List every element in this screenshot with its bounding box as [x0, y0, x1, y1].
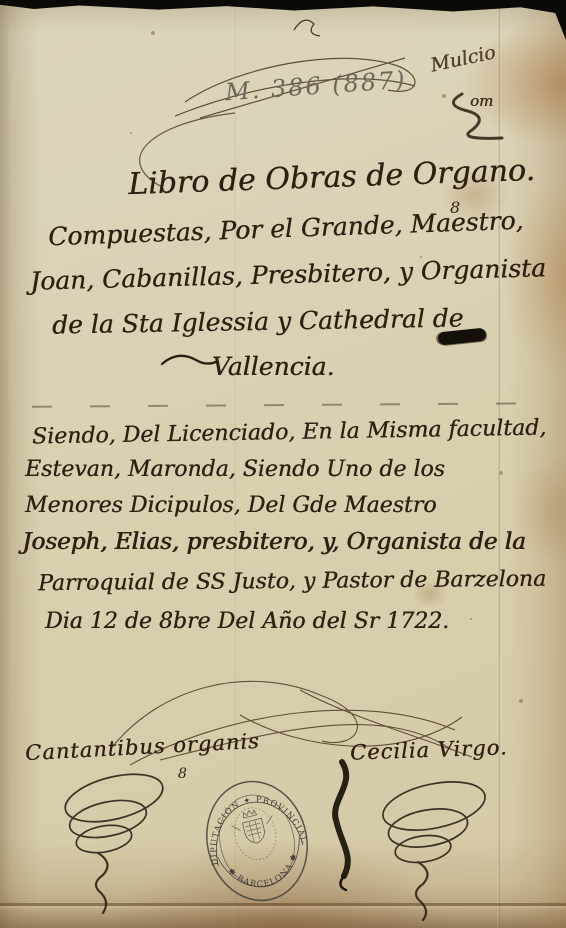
manuscript-scan: M. 386 (887) Mulcio om Libro de Obras de…	[0, 0, 566, 928]
stamp-coat-of-arms	[228, 803, 281, 864]
vallencia-swash	[158, 348, 218, 374]
body-line-4: Joseph, Elias, presbitero, y, Organista …	[22, 529, 526, 555]
svg-text:✱ BARCELONA ✱: ✱ BARCELONA ✱	[225, 850, 305, 897]
body-line-3: Menores Dicipulos, Del Gde Maestro	[25, 493, 437, 518]
body-line-5: Parroquial de SS Justo, y Pastor de Barz…	[38, 567, 546, 596]
diputacion-provincial-stamp: DIPUTACIÓN ✦ PROVINCIAL ✱ BARCELONA ✱	[182, 756, 332, 926]
spiral-flourish-left	[52, 765, 177, 915]
spiral-flourish-right	[368, 772, 498, 922]
body-line-6: Dia 12 de 8bre Del Año del Sr 1722.	[45, 609, 449, 634]
title-line-5: Vallencia.	[212, 352, 334, 381]
annotation-swash	[432, 86, 542, 146]
stamp-bottom-text: ✱ BARCELONA ✱	[225, 850, 305, 897]
body-line-2: Estevan, Maronda, Siendo Uno de los	[25, 457, 445, 482]
small-pen-squiggle	[286, 4, 326, 40]
